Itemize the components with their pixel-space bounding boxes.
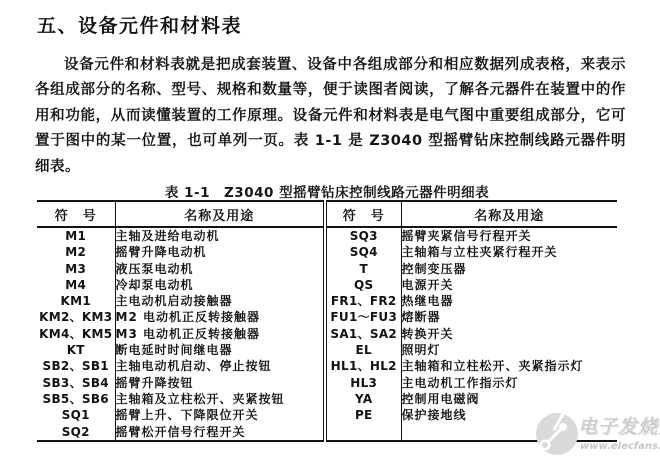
symbol-cell: M3 bbox=[37, 261, 115, 277]
table-caption: 表 1-1 Z3040 型摇臂钻床控制线路元器件明细表 bbox=[37, 181, 617, 201]
name-cell: 主轴箱与立柱夹紧行程开关 bbox=[401, 244, 617, 260]
header-symbol-left: 符 号 bbox=[37, 201, 115, 227]
table-row: SQ2摇臂松开信号行程开关 bbox=[37, 424, 617, 441]
name-cell: 摇臂升降按钮 bbox=[115, 375, 325, 391]
name-cell: 液压泵电动机 bbox=[115, 261, 325, 277]
name-cell: 控制用电磁阀 bbox=[401, 391, 617, 407]
symbol-cell: FR1、FR2 bbox=[325, 293, 401, 309]
name-cell: 主轴及进给电动机 bbox=[115, 227, 325, 244]
table-row: KM2、KM3M2 电动机正反转接触器FU1～FU3熔断器 bbox=[37, 309, 617, 325]
name-cell: 主轴箱和立柱松开、夹紧指示灯 bbox=[401, 358, 617, 374]
name-cell: 摇臂升降电动机 bbox=[115, 244, 325, 260]
name-cell: 热继电器 bbox=[401, 293, 617, 309]
header-name-right: 名称及用途 bbox=[401, 201, 617, 227]
table-row: KM4、KM5M3 电动机正反转接触器SA1、SA2转换开关 bbox=[37, 326, 617, 342]
table-row: SQ1摇臂上升、下降限位开关PE保护接地线 bbox=[37, 407, 617, 423]
table-row: M3液压泵电动机T控制变压器 bbox=[37, 261, 617, 277]
symbol-cell: SQ1 bbox=[37, 407, 115, 423]
name-cell: 保护接地线 bbox=[401, 407, 617, 423]
name-cell: 断电延时时间继电器 bbox=[115, 342, 325, 358]
name-cell: 主电动机工作指示灯 bbox=[401, 375, 617, 391]
symbol-cell: SB5、SB6 bbox=[37, 391, 115, 407]
symbol-cell: SB2、SB1 bbox=[37, 358, 115, 374]
header-name-left: 名称及用途 bbox=[115, 201, 325, 227]
name-cell: 主电动机启动接触器 bbox=[115, 293, 325, 309]
table-row: SB5、SB6主轴箱及立柱松开、夹紧按钮YA控制用电磁阀 bbox=[37, 391, 617, 407]
name-cell: 摇臂上升、下降限位开关 bbox=[115, 407, 325, 423]
table-row: KM1主电动机启动接触器FR1、FR2热继电器 bbox=[37, 293, 617, 309]
name-cell: 照明灯 bbox=[401, 342, 617, 358]
symbol-cell: T bbox=[325, 261, 401, 277]
symbol-cell: SA1、SA2 bbox=[325, 326, 401, 342]
book-page: { "page": { "heading": "五、设备元件和材料表", "pa… bbox=[0, 0, 660, 464]
name-cell: M3 电动机正反转接触器 bbox=[115, 326, 325, 342]
symbol-cell: HL1、HL2 bbox=[325, 358, 401, 374]
symbol-cell: QS bbox=[325, 277, 401, 293]
name-cell: 电源开关 bbox=[401, 277, 617, 293]
components-table: 符 号 名称及用途 符 号 名称及用途 M1主轴及进给电动机SQ3摇臂夹紧信号行… bbox=[37, 200, 617, 442]
symbol-cell: YA bbox=[325, 391, 401, 407]
table-row: SB3、SB4摇臂升降按钮HL3主电动机工作指示灯 bbox=[37, 375, 617, 391]
symbol-cell: SQ3 bbox=[325, 227, 401, 244]
table-row: M4冷却泵电动机QS电源开关 bbox=[37, 277, 617, 293]
intro-paragraph: 设备元件和材料表就是把成套装置、设备中各组成部分和相应数据列成表格，来表示各组成… bbox=[35, 53, 626, 180]
symbol-cell: KM4、KM5 bbox=[37, 326, 115, 342]
table-row: KT断电延时时间继电器EL照明灯 bbox=[37, 342, 617, 358]
table-row: M2摇臂升降电动机SQ4主轴箱与立柱夹紧行程开关 bbox=[37, 244, 617, 260]
name-cell: 摇臂夹紧信号行程开关 bbox=[401, 227, 617, 244]
symbol-cell: FU1～FU3 bbox=[325, 309, 401, 325]
symbol-cell: M4 bbox=[37, 277, 115, 293]
symbol-cell: SB3、SB4 bbox=[37, 375, 115, 391]
table-header: 符 号 名称及用途 符 号 名称及用途 bbox=[37, 201, 617, 227]
header-symbol-right: 符 号 bbox=[325, 201, 401, 227]
symbol-cell: KT bbox=[37, 342, 115, 358]
table-row: SB2、SB1主轴电动机启动、停止按钮HL1、HL2主轴箱和立柱松开、夹紧指示灯 bbox=[37, 358, 617, 374]
name-cell: 主轴电动机启动、停止按钮 bbox=[115, 358, 325, 374]
table-row: M1主轴及进给电动机SQ3摇臂夹紧信号行程开关 bbox=[37, 227, 617, 244]
name-cell: 主轴箱及立柱松开、夹紧按钮 bbox=[115, 391, 325, 407]
symbol-cell: M2 bbox=[37, 244, 115, 260]
symbol-cell: KM2、KM3 bbox=[37, 309, 115, 325]
name-cell bbox=[401, 424, 617, 441]
name-cell: 摇臂松开信号行程开关 bbox=[115, 424, 325, 441]
symbol-cell: SQ4 bbox=[325, 244, 401, 260]
name-cell: 控制变压器 bbox=[401, 261, 617, 277]
symbol-cell: HL3 bbox=[325, 375, 401, 391]
name-cell: 熔断器 bbox=[401, 309, 617, 325]
name-cell: 冷却泵电动机 bbox=[115, 277, 325, 293]
watermark-url-text: www.elecfans.com bbox=[580, 441, 660, 452]
name-cell: M2 电动机正反转接触器 bbox=[115, 309, 325, 325]
page-title: 五、设备元件和材料表 bbox=[37, 11, 242, 38]
symbol-cell: PE bbox=[325, 407, 401, 423]
header-row: 符 号 名称及用途 符 号 名称及用途 bbox=[37, 201, 617, 227]
table-body: M1主轴及进给电动机SQ3摇臂夹紧信号行程开关M2摇臂升降电动机SQ4主轴箱与立… bbox=[37, 227, 617, 441]
symbol-cell: M1 bbox=[37, 227, 115, 244]
symbol-cell bbox=[325, 424, 401, 441]
name-cell: 转换开关 bbox=[401, 326, 617, 342]
symbol-cell: SQ2 bbox=[37, 424, 115, 441]
symbol-cell: EL bbox=[325, 342, 401, 358]
symbol-cell: KM1 bbox=[37, 293, 115, 309]
